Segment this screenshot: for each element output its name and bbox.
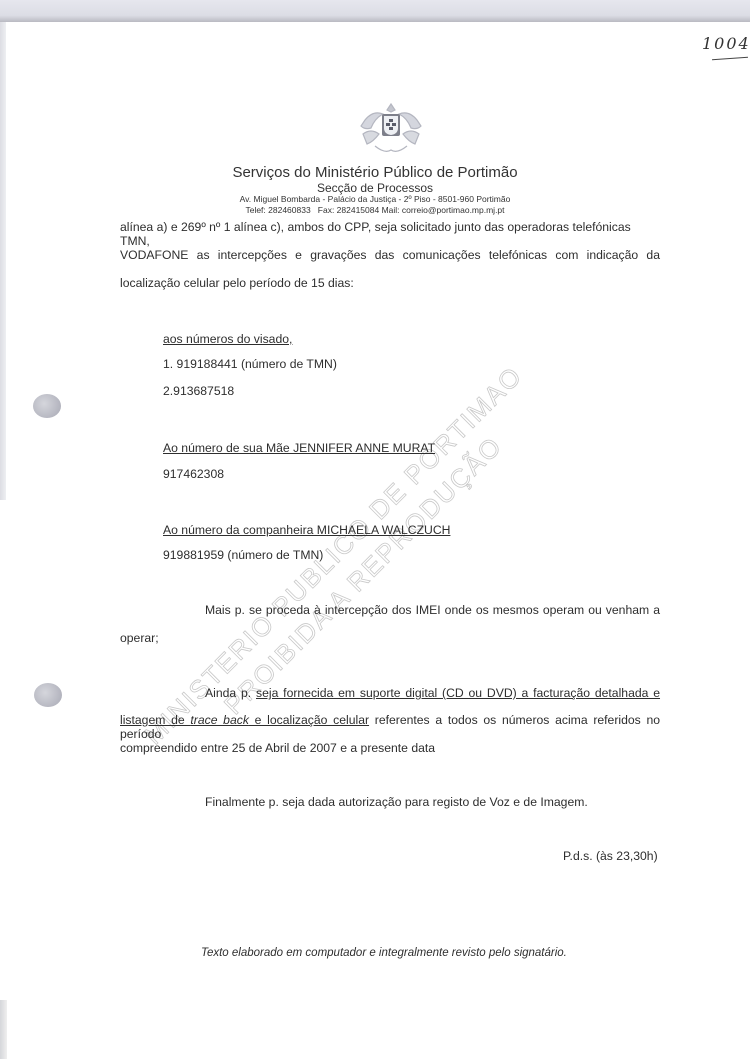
companheira-heading: Ao número da companheira MICHAELA WALCZU… xyxy=(163,523,450,537)
watermark-line-2: PROIBIDA A REPRODUÇÃO xyxy=(218,430,509,721)
facturacao-line-2: listagem de trace back e localização cel… xyxy=(120,713,660,741)
visado-number-2: 2.913687518 xyxy=(163,384,234,398)
punch-hole-icon xyxy=(33,394,61,418)
listagem-text: listagem de xyxy=(120,713,190,727)
page-number-underline xyxy=(712,57,748,61)
scan-top-edge xyxy=(0,0,750,22)
punch-hole-icon xyxy=(34,683,62,707)
coat-of-arms-icon xyxy=(355,100,427,158)
footer-note: Texto elaborado em computador e integral… xyxy=(201,947,567,959)
intro-line-1: alínea a) e 269º nº 1 alínea c), ambos d… xyxy=(120,220,660,248)
visado-heading: aos números do visado, xyxy=(163,332,292,346)
office-address: Av. Miguel Bombarda - Palácio da Justiça… xyxy=(0,194,750,204)
trace-back-text: trace back xyxy=(190,713,249,727)
office-title: Serviços do Ministério Público de Portim… xyxy=(0,164,750,181)
facturacao-line-1: Ainda p. seja fornecida em suporte digit… xyxy=(205,686,660,700)
handwritten-page-number: 1004 xyxy=(702,34,750,53)
visado-number-1: 1. 919188441 (número de TMN) xyxy=(163,357,337,371)
pds-signature-time: P.d.s. (às 23,30h) xyxy=(563,849,658,863)
mae-number: 917462308 xyxy=(163,467,224,481)
facturacao-underlined: seja fornecida em suporte digital (CD ou… xyxy=(256,686,660,700)
imei-line-2: operar; xyxy=(120,631,159,645)
intro-line-2: VODAFONE as intercepções e gravações das… xyxy=(120,248,660,262)
imei-line-1: Mais p. se proceda à intercepção dos IME… xyxy=(205,603,660,617)
intro-line-3: localização celular pelo período de 15 d… xyxy=(120,276,660,290)
scan-left-edge xyxy=(0,22,6,500)
facturacao-line-3: compreendido entre 25 de Abril de 2007 e… xyxy=(120,741,435,755)
final-request: Finalmente p. seja dada autorização para… xyxy=(205,795,588,809)
facturacao-prefix: Ainda p. xyxy=(205,686,256,700)
scan-left-edge-bottom xyxy=(0,1000,7,1059)
office-contact: Telef: 282460833 Fax: 282415084 Mail: co… xyxy=(0,205,750,215)
localizacao-text: e localização celular xyxy=(249,713,369,727)
office-subtitle: Secção de Processos xyxy=(0,181,750,195)
mae-heading: Ao número de sua Mãe JENNIFER ANNE MURAT xyxy=(163,441,435,455)
companheira-number: 919881959 (número de TMN) xyxy=(163,548,323,562)
